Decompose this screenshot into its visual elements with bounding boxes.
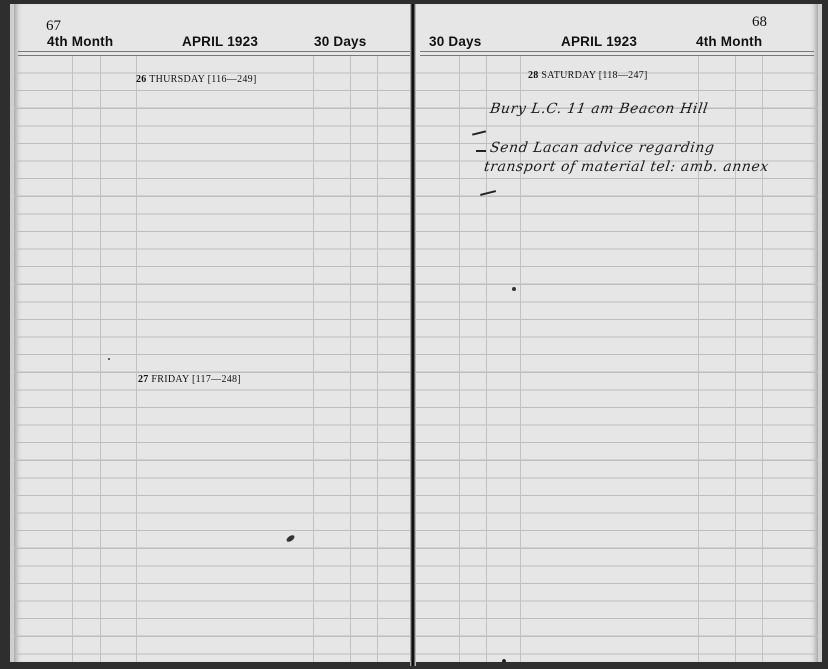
ink-speck [502,659,506,662]
day-heading-thursday: 26 THURSDAY [116—249] [136,74,257,85]
day-count: [117—248] [192,374,241,385]
month-label: 4th Month [47,34,113,49]
column-rule [486,56,487,662]
dash-mark [476,150,486,152]
day-number: 26 [136,74,147,85]
handwritten-note-line: transport of material tel: amb. annex [483,159,770,175]
column-rule [72,56,73,662]
day-count: [116—249] [208,74,257,85]
ruled-lines [14,56,416,662]
column-rule [735,56,736,662]
right-page: 30 Days APRIL 1923 68 4th Month 28 SATUR… [416,4,822,662]
open-diary: 67 4th Month APRIL 1923 30 Days 26 THURS… [0,0,828,669]
column-rule [100,56,101,662]
day-number: 27 [138,374,149,385]
day-count: [118—247] [599,70,648,81]
header-rule [18,51,412,56]
column-rule [762,56,763,662]
day-heading-friday: 27 FRIDAY [117—248] [138,374,241,385]
handwritten-note-line: Bury L.C. 11 am Beacon Hill [489,101,709,117]
handwritten-note-line: Send Lacan advice regarding [489,140,716,156]
column-rule [350,56,351,662]
column-rule [136,56,137,662]
day-heading-saturday: 28 SATURDAY [118—247] [528,70,648,81]
month-label: 4th Month [696,34,762,49]
column-rule [459,56,460,662]
days-label: 30 Days [314,34,366,49]
page-title: APRIL 1923 [561,34,637,49]
header-rule [420,51,814,56]
page-number: 67 [46,18,61,35]
page-title: APRIL 1923 [182,34,258,49]
weekday: FRIDAY [151,374,189,385]
column-rule [377,56,378,662]
weekday: SATURDAY [541,70,595,81]
column-rule [313,56,314,662]
page-number: 68 [752,14,767,31]
day-number: 28 [528,70,539,81]
weekday: THURSDAY [149,74,205,85]
ink-speck [512,287,516,291]
days-label: 30 Days [429,34,481,49]
left-page: 67 4th Month APRIL 1923 30 Days 26 THURS… [10,4,416,662]
ink-speck [108,358,110,360]
